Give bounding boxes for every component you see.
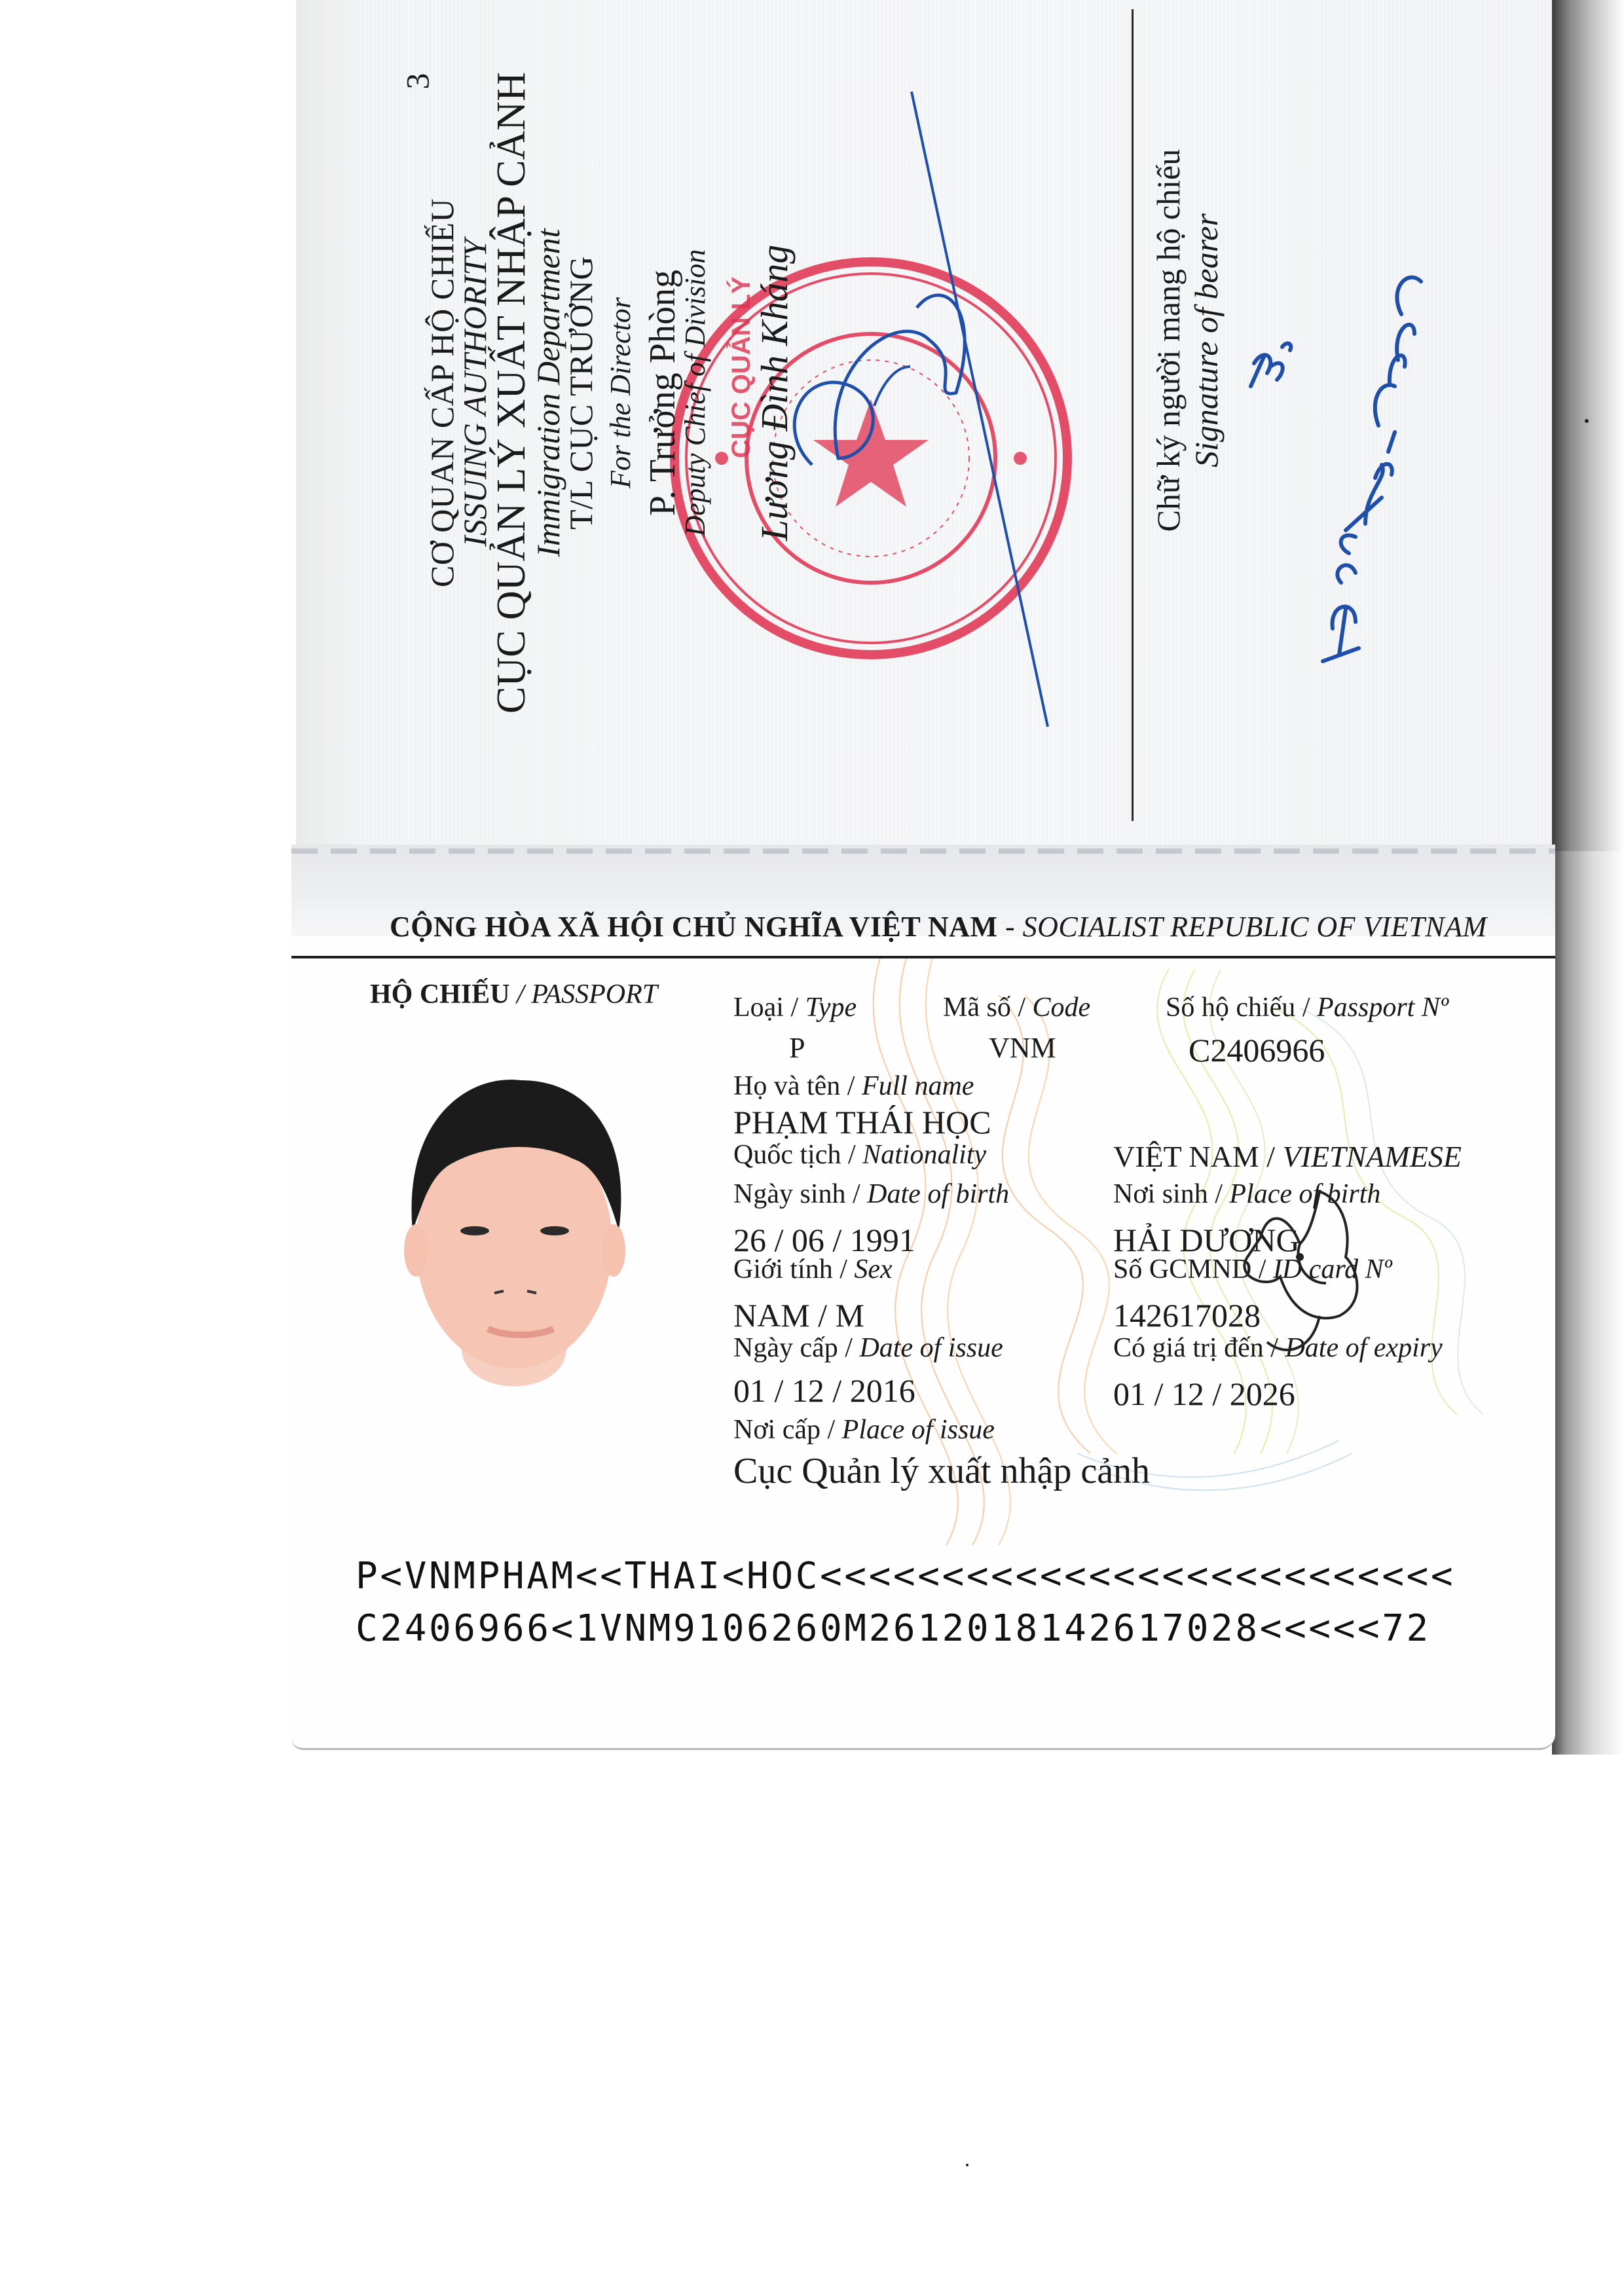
nationality-label: Quốc tịch / Nationality: [733, 1139, 986, 1171]
signatory-title-vi: P. Trưởng Phòng: [644, 270, 681, 516]
passport-number-label: Số hộ chiếu / Passport Nº: [1166, 992, 1449, 1023]
authority-heading-en: ISSUING AUTHORITY: [458, 239, 491, 547]
nationality-value: VIỆT NAM / VIETNAMESE: [1113, 1139, 1462, 1174]
bearer-signature-label-en: Signature of bearer: [1187, 213, 1225, 467]
code-label: Mã số / Code: [943, 992, 1090, 1023]
date-of-issue-label: Ngày cấp / Date of issue: [733, 1332, 1003, 1364]
scan-speck: [1585, 419, 1589, 423]
country-heading: CỘNG HÒA XÃ HỘI CHỦ NGHĨA VIỆT NAM - SOC…: [390, 910, 1487, 943]
code-value: VNM: [989, 1031, 1056, 1065]
sex-value: NAM / M: [733, 1296, 864, 1334]
authority-heading-vi: CƠ QUAN CẤP HỘ CHIẾU: [426, 198, 458, 587]
header-rule: [291, 956, 1555, 958]
full-name-label: Họ và tên / Full name: [733, 1070, 974, 1102]
authority-name-vi: CỤC QUẢN LÝ XUẤT NHẬP CẢNH: [491, 72, 532, 714]
bearer-signature-icon: [1225, 216, 1434, 674]
bearer-signature-label-vi: Chữ ký người mang hộ chiếu: [1149, 149, 1187, 532]
mrz-line-1: P<VNMPHAM<<THAI<HOC<<<<<<<<<<<<<<<<<<<<<…: [356, 1555, 1455, 1597]
document-kind-label: HỘ CHIẾU / PASSPORT: [370, 979, 657, 1010]
passport-number-value: C2406966: [1189, 1031, 1325, 1069]
signatory-title-en: Deputy Chief of Division: [681, 249, 710, 537]
country-name-vi: CỘNG HÒA XÃ HỘI CHỦ NGHĨA VIỆT NAM: [390, 911, 997, 943]
date-of-expiry-value: 01 / 12 / 2026: [1113, 1375, 1295, 1413]
dove-emblem-icon: [1221, 1185, 1372, 1368]
date-of-issue-value: 01 / 12 / 2016: [733, 1372, 915, 1410]
full-name-value: PHẠM THÁI HỌC: [733, 1103, 991, 1141]
date-of-birth-label: Ngày sinh / Date of birth: [733, 1178, 1009, 1210]
holder-photo: [377, 1034, 652, 1427]
place-of-issue-value: Cục Quản lý xuất nhập cảnh: [733, 1450, 1150, 1492]
signatory-name: Lương Đình Kháng: [756, 245, 794, 541]
type-value: P: [789, 1031, 805, 1065]
document-kind-vi: HỘ CHIẾU: [370, 979, 510, 1010]
signatory-role-vi: T/L CỤC TRƯỞNG: [564, 256, 597, 530]
issuing-authority-block: CƠ QUAN CẤP HỘ CHIẾU ISSUING AUTHORITY C…: [426, 65, 794, 720]
page-edge-shadow-lower: [1552, 851, 1624, 1755]
sex-label: Giới tính / Sex: [733, 1254, 893, 1285]
mrz-line-2: C2406966<1VNM9106260M2612018142617028<<<…: [356, 1607, 1431, 1650]
authority-name-en: Immigration Department: [532, 228, 564, 556]
country-separator: -: [997, 911, 1022, 943]
document-kind-en: PASSPORT: [531, 979, 657, 1010]
passport-data-page: CỘNG HÒA XÃ HỘI CHỦ NGHĨA VIỆT NAM - SOC…: [291, 845, 1555, 1750]
place-of-issue-label: Nơi cấp / Place of issue: [733, 1414, 995, 1446]
bearer-signature-block: Chữ ký người mang hộ chiếu Signature of …: [1149, 13, 1225, 668]
country-name-en: SOCIALIST REPUBLIC OF VIETNAM: [1023, 911, 1487, 943]
scan-speck: [966, 2164, 969, 2166]
signatory-role-en: For the Director: [606, 297, 635, 488]
type-label: Loại / Type: [733, 992, 857, 1023]
document-kind-separator: /: [510, 979, 532, 1010]
page-divider: [1132, 9, 1134, 821]
